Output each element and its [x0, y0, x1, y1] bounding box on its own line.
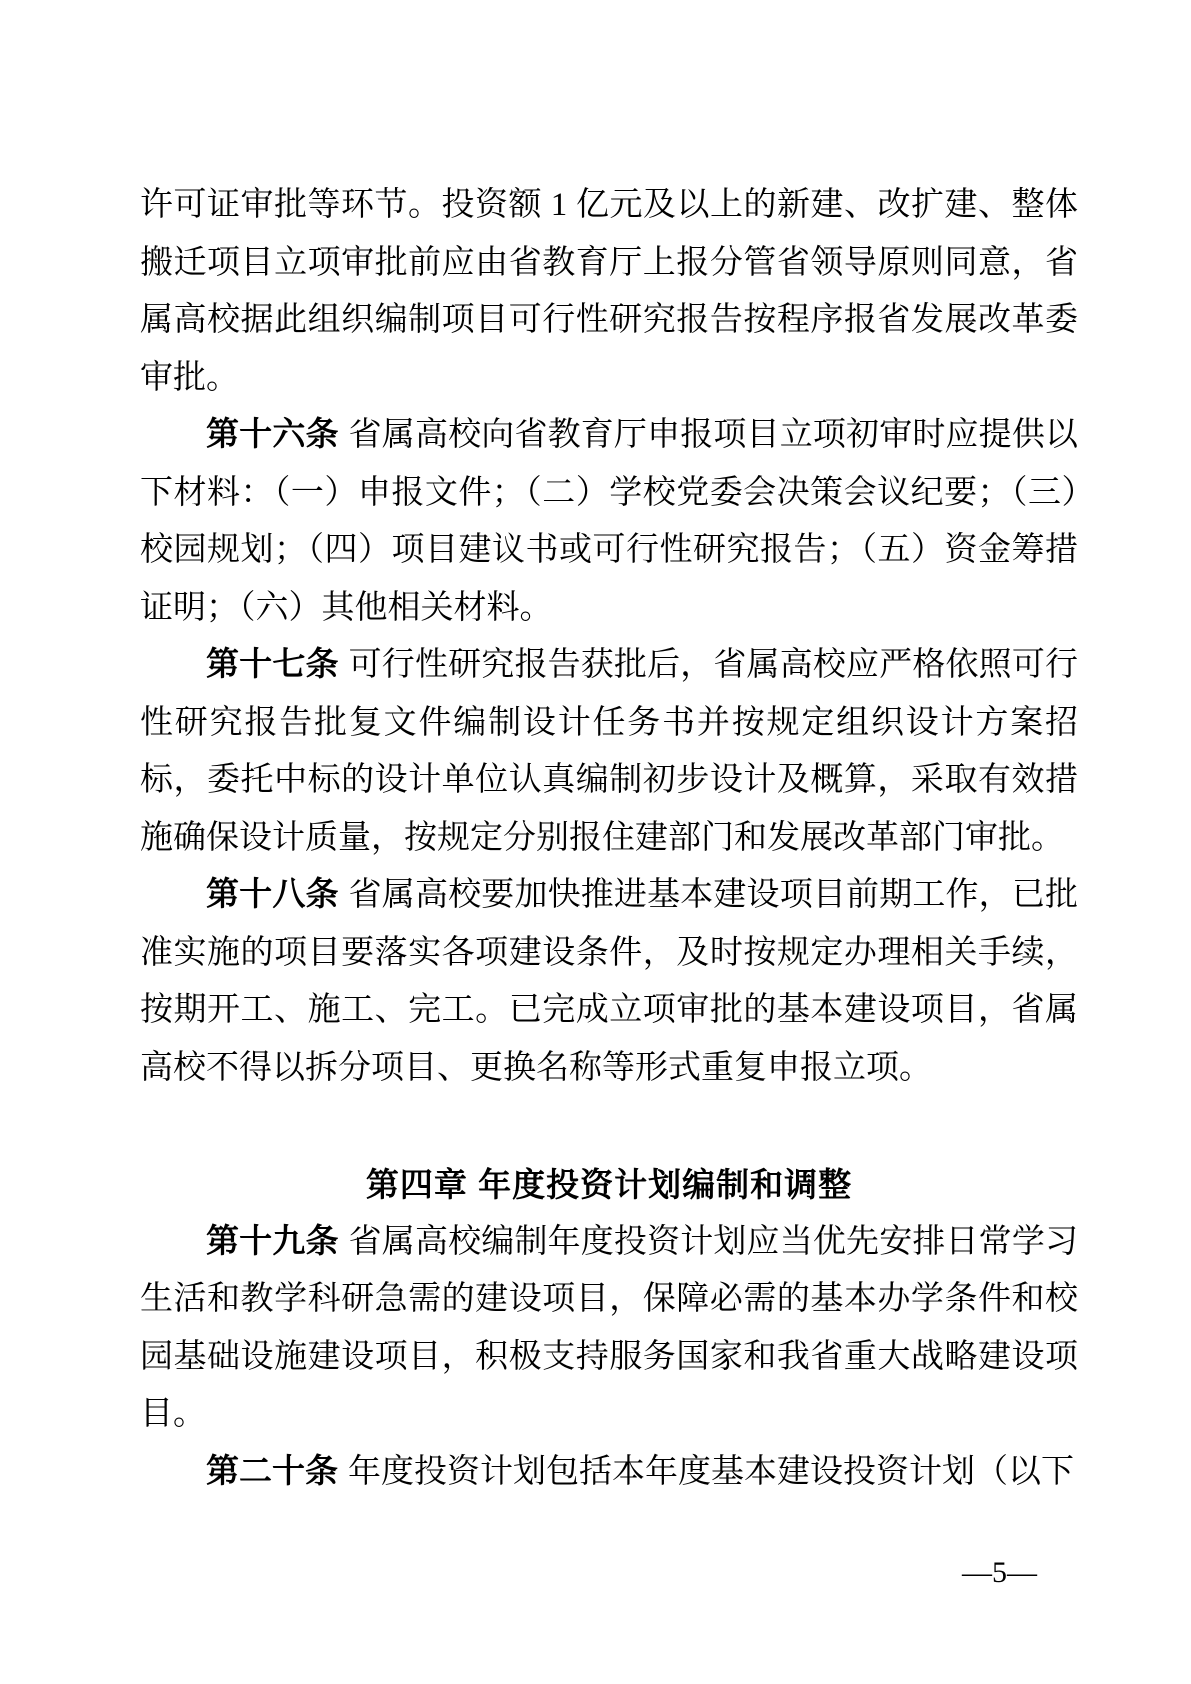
article-20-number: 第二十条 [206, 1454, 338, 1490]
paragraph-article-19: 第十九条省属高校编制年度投资计划应当优先安排日常学习生活和教学科研急需的建设项目… [140, 1214, 1078, 1444]
paragraph-article-16: 第十六条省属高校向省教育厅申报项目立项初审时应提供以下材料：（一）申报文件；（二… [140, 407, 1078, 637]
page-number: —5— [962, 1552, 1037, 1594]
article-20-text: 年度投资计划包括本年度基本建设投资计划（以下 [348, 1454, 1074, 1490]
article-16-number: 第十六条 [206, 417, 339, 453]
document-content: 许可证审批等环节。投资额 1 亿元及以上的新建、改扩建、整体搬迁项目立项审批前应… [140, 177, 1078, 1501]
chapter-heading: 第四章 年度投资计划编制和调整 [140, 1156, 1078, 1214]
paragraph-article-20: 第二十条年度投资计划包括本年度基本建设投资计划（以下 [140, 1444, 1078, 1502]
paragraph-article-17: 第十七条可行性研究报告获批后，省属高校应严格依照可行性研究报告批复文件编制设计任… [140, 637, 1078, 867]
article-19-number: 第十九条 [206, 1224, 339, 1260]
document-page: 许可证审批等环节。投资额 1 亿元及以上的新建、改扩建、整体搬迁项目立项审批前应… [0, 0, 1191, 1684]
paragraph-article-18: 第十八条省属高校要加快推进基本建设项目前期工作，已批准实施的项目要落实各项建设条… [140, 867, 1078, 1097]
paragraph-continuation: 许可证审批等环节。投资额 1 亿元及以上的新建、改扩建、整体搬迁项目立项审批前应… [140, 177, 1078, 407]
article-17-number: 第十七条 [206, 647, 339, 683]
article-18-number: 第十八条 [206, 877, 339, 913]
